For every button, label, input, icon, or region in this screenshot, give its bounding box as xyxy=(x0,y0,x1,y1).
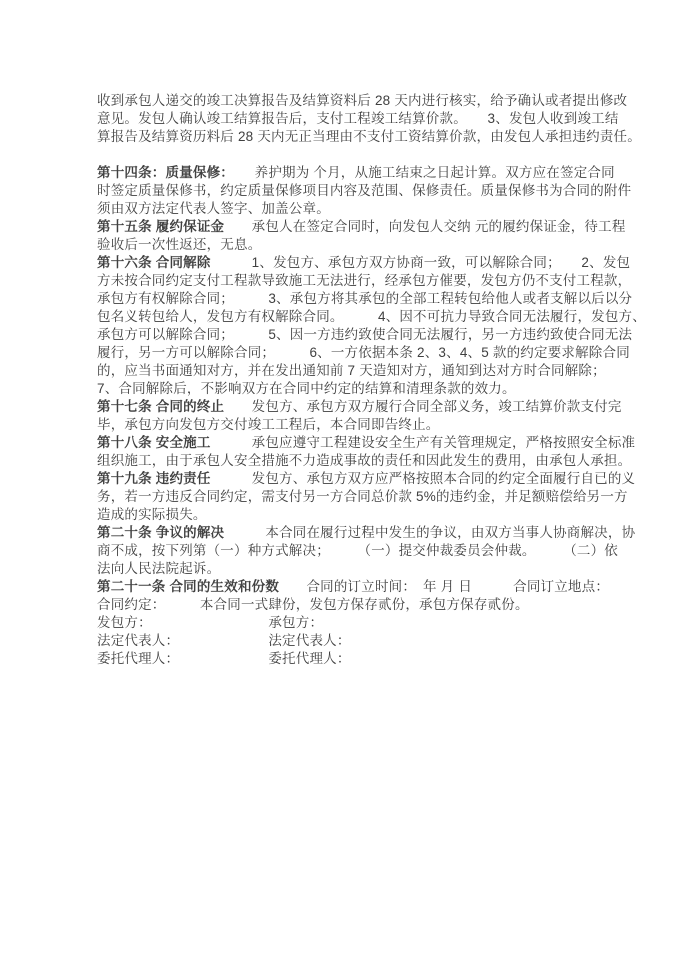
text-line: 务，若一方违反合同约定，需支付另一方合同总价款 5%的违约金，并足额赔偿给另一方 xyxy=(97,488,657,506)
text-line: 第十九条 违约责任 发包方、承包方双方应严格按照本合同的约定全面履行自已的义 xyxy=(97,470,657,488)
text-line: 算报告及结算资历料后 28 天内无正当理由不支付工资结算价款，由发包人承担违约责… xyxy=(97,128,657,146)
text-line: 承包方可以解除合同； 5、因一方违约致使合同无法履行，另一方违约致使合同无法 xyxy=(97,326,657,344)
clause-heading: 第二十一条 合同的生效和份数 xyxy=(97,579,279,594)
body-text: 收到承包人递交的竣工决算报告及结算资料后 28 天内进行核实，给予确认或者提出修… xyxy=(97,93,627,108)
text-line: 第二十条 争议的解决 本合同在履行过程中发生的争议，由双方当事人协商解决，协 xyxy=(97,524,657,542)
text-line: 方未按合同约定支付工程款导致施工无法进行，经承包方催要，发包方仍不支付工程款， xyxy=(97,272,657,290)
text-line: 毕，承包方向发包方交付竣工工程后，本合同即告终止。 xyxy=(97,416,657,434)
body-text: 商不成，按下列第（一）种方式解决； （一）提交仲裁委员会仲裁。 （二）依 xyxy=(97,543,618,558)
body-text: 发包方、承包方双方应严格按照本合同的约定全面履行自已的义 xyxy=(211,471,636,486)
clause-heading: 第二十条 争议的解决 xyxy=(97,525,224,540)
body-text: 法定代表人： 法定代表人： xyxy=(97,633,351,648)
body-text: 发包方： 承包方： xyxy=(97,615,323,630)
body-text: 7、合同解除后，不影响双方在合同中约定的结算和清理条款的效力。 xyxy=(97,381,516,396)
clause-heading: 第十九条 违约责任 xyxy=(97,471,211,486)
clause-heading: 第十七条 合同的终止 xyxy=(97,399,224,414)
body-text: 1、发包方、承包方双方协商一致，可以解除合同； 2、发包 xyxy=(211,255,631,270)
text-line: 商不成，按下列第（一）种方式解决； （一）提交仲裁委员会仲裁。 （二）依 xyxy=(97,542,657,560)
text-line: 发包方： 承包方： xyxy=(97,614,657,632)
clause-heading: 第十六条 合同解除 xyxy=(97,255,211,270)
text-line: 第十五条 履约保证金 承包人在签定合同时，向发包人交纳 元的履约保证金，待工程 xyxy=(97,218,657,236)
clause-heading: 第十四条：质量保修： xyxy=(97,165,227,180)
body-text: 组织施工，由于承包人安全措施不力造成事故的责任和因此发生的费用，由承包人承担。 xyxy=(97,453,631,468)
text-line: 验收后一次性返还，无息。 xyxy=(97,236,657,254)
body-text: 造成的实际损失。 xyxy=(97,507,207,522)
body-text: 时签定质量保修书，约定质量保修项目内容及范围、保修责任。质量保修书为合同的附件 xyxy=(97,183,631,198)
text-line: 7、合同解除后，不影响双方在合同中约定的结算和清理条款的效力。 xyxy=(97,380,657,398)
body-text: 合同约定： 本合同一式肆份，发包方保存贰份，承包方保存贰份。 xyxy=(97,597,529,612)
contract-document-page: 收到承包人递交的竣工决算报告及结算资料后 28 天内进行核实，给予确认或者提出修… xyxy=(0,0,690,976)
text-line: 造成的实际损失。 xyxy=(97,506,657,524)
body-text: 法向人民法院起诉。 xyxy=(97,561,220,576)
body-text: 的，应当书面通知对方，并在发出通知前 7 天造知对方，通知到达对方时合同解除； xyxy=(97,363,606,378)
text-line: 合同约定： 本合同一式肆份，发包方保存贰份，承包方保存贰份。 xyxy=(97,596,657,614)
body-text: 承包人在签定合同时，向发包人交纳 元的履约保证金，待工程 xyxy=(224,219,625,234)
body-text: 发包方、承包方双方履行合同全部义务，竣工结算价款支付完 xyxy=(224,399,621,414)
text-line: 意见。发包人确认竣工结算报告后，支付工程竣工结算价款。 3、发包人收到竣工结 xyxy=(97,110,657,128)
body-text: 履行，另一方可以解除合同； 6、一方依据本条 2、3、4、5 款的约定要求解除合… xyxy=(97,345,630,360)
body-text: 合同的订立时间： 年 月 日 合同订立地点： xyxy=(279,579,609,594)
text-line: 第十七条 合同的终止 发包方、承包方双方履行合同全部义务，竣工结算价款支付完 xyxy=(97,398,657,416)
body-text: 本合同在履行过程中发生的争议，由双方当事人协商解决，协 xyxy=(224,525,635,540)
text-line: 履行，另一方可以解除合同； 6、一方依据本条 2、3、4、5 款的约定要求解除合… xyxy=(97,344,657,362)
clause-heading: 第十八条 安全施工 xyxy=(97,435,211,450)
text-line: 第十六条 合同解除 1、发包方、承包方双方协商一致，可以解除合同； 2、发包 xyxy=(97,254,657,272)
contract-text-block: 收到承包人递交的竣工决算报告及结算资料后 28 天内进行核实，给予确认或者提出修… xyxy=(97,92,657,668)
body-text: 承包方可以解除合同； 5、因一方违约致使合同无法履行，另一方违约致使合同无法 xyxy=(97,327,632,342)
text-line: 第二十一条 合同的生效和份数 合同的订立时间： 年 月 日 合同订立地点： xyxy=(97,578,657,596)
text-line: 包名义转包给人，发包方有权解除合同。 4、因不可抗力导致合同无法履行，发包方、 xyxy=(97,308,657,326)
body-text: 养护期为 个月，从施工结束之日起计算。双方应在签定合同 xyxy=(227,165,615,180)
body-text: 包名义转包给人，发包方有权解除合同。 4、因不可抗力导致合同无法履行，发包方、 xyxy=(97,309,646,324)
body-text: 验收后一次性返还，无息。 xyxy=(97,237,261,252)
body-text: 承包方有权解除合同； 3、承包方将其承包的全部工程转包给他人或者支解以后以分 xyxy=(97,291,632,306)
text-line: 收到承包人递交的竣工决算报告及结算资料后 28 天内进行核实，给予确认或者提出修… xyxy=(97,92,657,110)
body-text: 意见。发包人确认竣工结算报告后，支付工程竣工结算价款。 3、发包人收到竣工结 xyxy=(97,111,619,126)
body-text: 算报告及结算资历料后 28 天内无正当理由不支付工资结算价款，由发包人承担违约责… xyxy=(97,129,641,144)
text-line: 第十八条 安全施工 承包应遵守工程建设安全生产有关管理规定，严格按照安全标准 xyxy=(97,434,657,452)
text-line: 时签定质量保修书，约定质量保修项目内容及范围、保修责任。质量保修书为合同的附件 xyxy=(97,182,657,200)
body-text: 毕，承包方向发包方交付竣工工程后，本合同即告终止。 xyxy=(97,417,440,432)
body-text: 委托代理人： 委托代理人： xyxy=(97,651,351,666)
text-line: 承包方有权解除合同； 3、承包方将其承包的全部工程转包给他人或者支解以后以分 xyxy=(97,290,657,308)
text-line: 委托代理人： 委托代理人： xyxy=(97,650,657,668)
text-line: 须由双方法定代表人签字、加盖公章。 xyxy=(97,200,657,218)
clause-heading: 第十五条 履约保证金 xyxy=(97,219,224,234)
body-text: 方未按合同约定支付工程款导致施工无法进行，经承包方催要，发包方仍不支付工程款， xyxy=(97,273,631,288)
blank-line xyxy=(97,146,657,164)
body-text: 须由双方法定代表人签字、加盖公章。 xyxy=(97,201,330,216)
text-line: 组织施工，由于承包人安全措施不力造成事故的责任和因此发生的费用，由承包人承担。 xyxy=(97,452,657,470)
body-text: 务，若一方违反合同约定，需支付另一方合同总价款 5%的违约金，并足额赔偿给另一方 xyxy=(97,489,628,504)
text-line: 法向人民法院起诉。 xyxy=(97,560,657,578)
body-text: 承包应遵守工程建设安全生产有关管理规定，严格按照安全标准 xyxy=(211,435,636,450)
text-line: 第十四条：质量保修： 养护期为 个月，从施工结束之日起计算。双方应在签定合同 xyxy=(97,164,657,182)
text-line: 的，应当书面通知对方，并在发出通知前 7 天造知对方，通知到达对方时合同解除； xyxy=(97,362,657,380)
text-line: 法定代表人： 法定代表人： xyxy=(97,632,657,650)
